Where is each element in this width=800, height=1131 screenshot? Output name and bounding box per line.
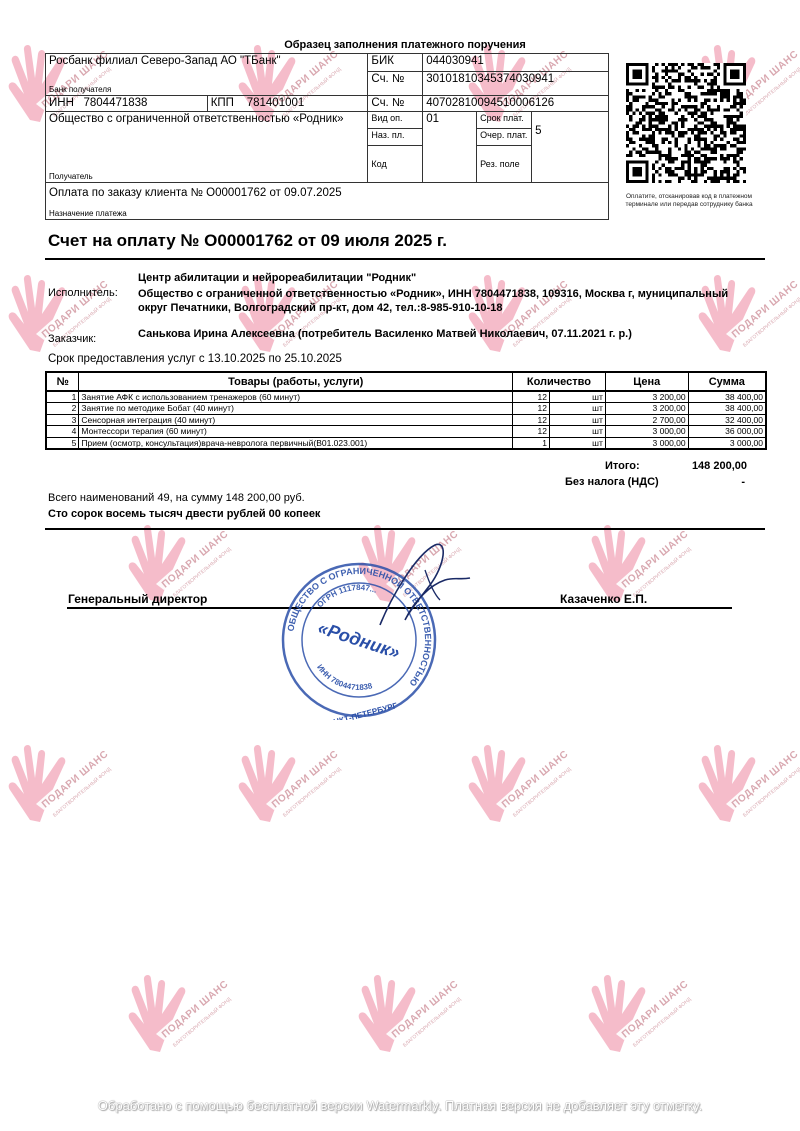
handwritten-signature — [330, 540, 480, 630]
vid-op-value: 01 — [423, 112, 477, 183]
header-num: № — [46, 372, 79, 391]
row-qty: 12 — [512, 426, 549, 438]
title-divider — [45, 258, 765, 260]
row-qty: 12 — [512, 403, 549, 415]
executor-line-1: Центр абилитации и нейрореабилитации "Ро… — [138, 270, 416, 286]
account-value: 40702810094510006126 — [423, 96, 609, 112]
corr-account-label: Сч. № — [368, 72, 423, 96]
table-row: 3Сенсорная интеграция (40 минут)12шт2 70… — [46, 414, 766, 426]
svg-text:ИНН 7804471838: ИНН 7804471838 — [315, 663, 374, 692]
row-price: 3 000,00 — [605, 426, 688, 438]
row-price: 2 700,00 — [605, 414, 688, 426]
header-sum: Сумма — [688, 372, 766, 391]
row-num: 2 — [46, 403, 79, 415]
row-sum: 36 000,00 — [688, 426, 766, 438]
summary-divider — [45, 528, 765, 530]
table-row: 5Прием (осмотр, консультация)врача-невро… — [46, 437, 766, 449]
payment-order-table: Росбанк филиал Северо-Запад АО "ТБанк" Б… — [45, 53, 609, 220]
row-name: Прием (осмотр, консультация)врача-неврол… — [79, 437, 513, 449]
row-name: Занятие по методике Бобат (40 минут) — [79, 403, 513, 415]
total-row: Итого: 148 200,00 — [605, 460, 755, 472]
table-row: 2Занятие по методике Бобат (40 минут)12ш… — [46, 403, 766, 415]
bank-name: Росбанк филиал Северо-Запад АО "ТБанк" — [49, 55, 364, 67]
row-qty: 12 — [512, 391, 549, 403]
vid-op-label: Вид оп. — [368, 112, 423, 129]
header-name: Товары (работы, услуги) — [79, 372, 513, 391]
ocher-plat-label: Очер. плат. — [477, 129, 532, 146]
account-label: Сч. № — [368, 96, 423, 112]
srok-plat-label: Срок плат. — [477, 112, 532, 129]
row-qty: 12 — [512, 414, 549, 426]
row-unit: шт — [549, 391, 605, 403]
vat-label: Без налога (НДС) — [565, 476, 659, 488]
kpp-value: 781401001 — [247, 97, 305, 109]
qr-code[interactable] — [626, 63, 746, 183]
inn-value: 7804471838 — [83, 97, 147, 109]
row-num: 3 — [46, 414, 79, 426]
total-label: Итого: — [605, 460, 640, 472]
header-price: Цена — [605, 372, 688, 391]
row-unit: шт — [549, 437, 605, 449]
signer-position: Генеральный директор — [68, 591, 207, 607]
row-sum: 38 400,00 — [688, 403, 766, 415]
recipient-label: Получатель — [49, 172, 93, 181]
row-price: 3 000,00 — [605, 437, 688, 449]
payment-purpose: Оплата по заказу клиента № О00001762 от … — [49, 187, 605, 199]
row-unit: шт — [549, 403, 605, 415]
ocher-plat-value: 5 — [535, 125, 605, 137]
total-value: 148 200,00 — [692, 460, 747, 472]
items-summary: Всего наименований 49, на сумму 148 200,… — [48, 492, 305, 504]
row-name: Сенсорная интеграция (40 минут) — [79, 414, 513, 426]
table-row: 1Занятие АФК с использованием тренажеров… — [46, 391, 766, 403]
amount-in-words: Сто сорок восемь тысяч двести рублей 00 … — [48, 506, 320, 522]
row-price: 3 200,00 — [605, 403, 688, 415]
executor-label: Исполнитель: — [48, 287, 118, 299]
bik-label: БИК — [368, 54, 423, 72]
executor-line-3: округ Печатники, Волгоградский пр-кт, до… — [138, 300, 502, 316]
row-num: 1 — [46, 391, 79, 403]
row-num: 4 — [46, 426, 79, 438]
inn-label: ИНН — [49, 97, 74, 109]
kpp-label: КПП — [211, 97, 234, 109]
invoice-document: Образец заполнения платежного поручения … — [0, 0, 800, 1131]
customer-value: Санькова Ирина Алексеевна (потребитель В… — [138, 326, 632, 342]
row-sum: 32 400,00 — [688, 414, 766, 426]
naz-pl-label: Наз. пл. — [368, 129, 423, 146]
bik-value: 044030941 — [423, 54, 609, 72]
row-unit: шт — [549, 414, 605, 426]
row-num: 5 — [46, 437, 79, 449]
table-row: 4Монтессори терапия (60 минут)12шт3 000,… — [46, 426, 766, 438]
row-unit: шт — [549, 426, 605, 438]
header-qty: Количество — [512, 372, 605, 391]
watermarkly-notice: Обработано с помощью бесплатной версии W… — [0, 1098, 800, 1113]
recipient-name: Общество с ограниченной ответственностью… — [49, 113, 364, 125]
kod-label: Код — [368, 146, 423, 183]
row-name: Монтессори терапия (60 минут) — [79, 426, 513, 438]
bank-label: Банк получателя — [49, 85, 111, 94]
service-period: Срок предоставления услуг с 13.10.2025 п… — [48, 353, 342, 365]
customer-label: Заказчик: — [48, 333, 96, 345]
row-sum: 3 000,00 — [688, 437, 766, 449]
rez-pole-label: Рез. поле — [477, 146, 532, 183]
vat-value: - — [741, 476, 745, 488]
vat-row: Без налога (НДС) - — [565, 476, 755, 488]
row-name: Занятие АФК с использованием тренажеров … — [79, 391, 513, 403]
signer-name: Казаченко Е.П. — [560, 591, 647, 607]
row-qty: 1 — [512, 437, 549, 449]
row-sum: 38 400,00 — [688, 391, 766, 403]
invoice-title: Счет на оплату № О00001762 от 09 июля 20… — [48, 231, 447, 251]
items-table: № Товары (работы, услуги) Количество Цен… — [45, 371, 767, 450]
payment-purpose-label: Назначение платежа — [49, 209, 127, 218]
payment-order-title: Образец заполнения платежного поручения — [200, 39, 610, 51]
corr-account-value: 30101810345374030941 — [423, 72, 609, 96]
row-price: 3 200,00 — [605, 391, 688, 403]
qr-caption: Оплатите, отсканировав код в платежном т… — [614, 193, 764, 209]
